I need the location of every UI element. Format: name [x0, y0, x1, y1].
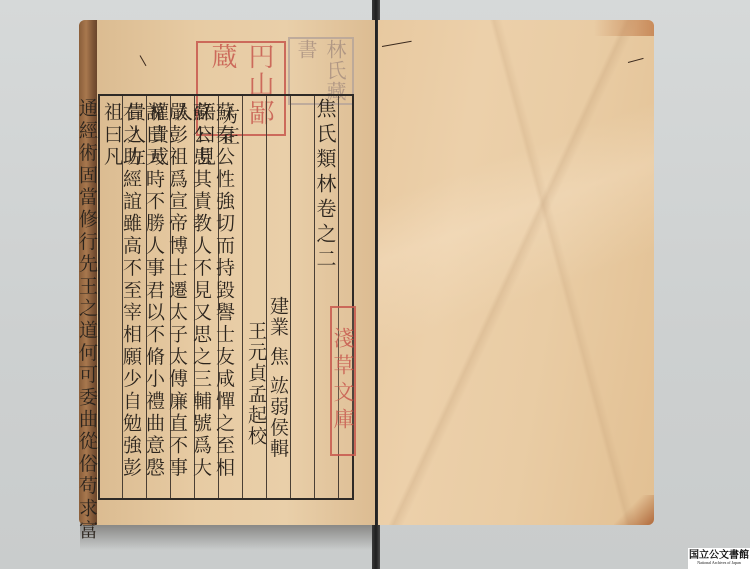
column-rule: [242, 96, 243, 498]
national-archives-watermark: 国立公文書館 National Archives of Japan: [688, 548, 750, 569]
worn-corner-bottom: [614, 495, 654, 525]
column-rule: [290, 96, 291, 498]
text-column-6: 通經術固當修行先王之道何可委曲從俗苟求富: [77, 98, 96, 542]
compiler-line: 建業 焦 竑弱侯輯: [268, 296, 287, 459]
text-column-5: 右之助經誼雖高不至宰相願少自勉強彭祖曰凡: [102, 102, 140, 498]
archive-name-en: National Archives of Japan: [688, 561, 750, 566]
editor-line: 王元貞孟起校: [246, 321, 265, 447]
text-frame: 焦氏類林卷之二 建業 焦 竑弱侯輯 王元貞孟起校 方正 蘇秦公性強切而持毀譽士友…: [98, 94, 354, 500]
right-page-blank: [378, 20, 654, 525]
volume-title: 焦氏類林卷之二: [315, 98, 335, 273]
paper-fold-texture: [378, 20, 654, 525]
asakusa-library-seal: 淺草文庫: [330, 306, 356, 456]
worn-corner-top: [594, 20, 654, 36]
